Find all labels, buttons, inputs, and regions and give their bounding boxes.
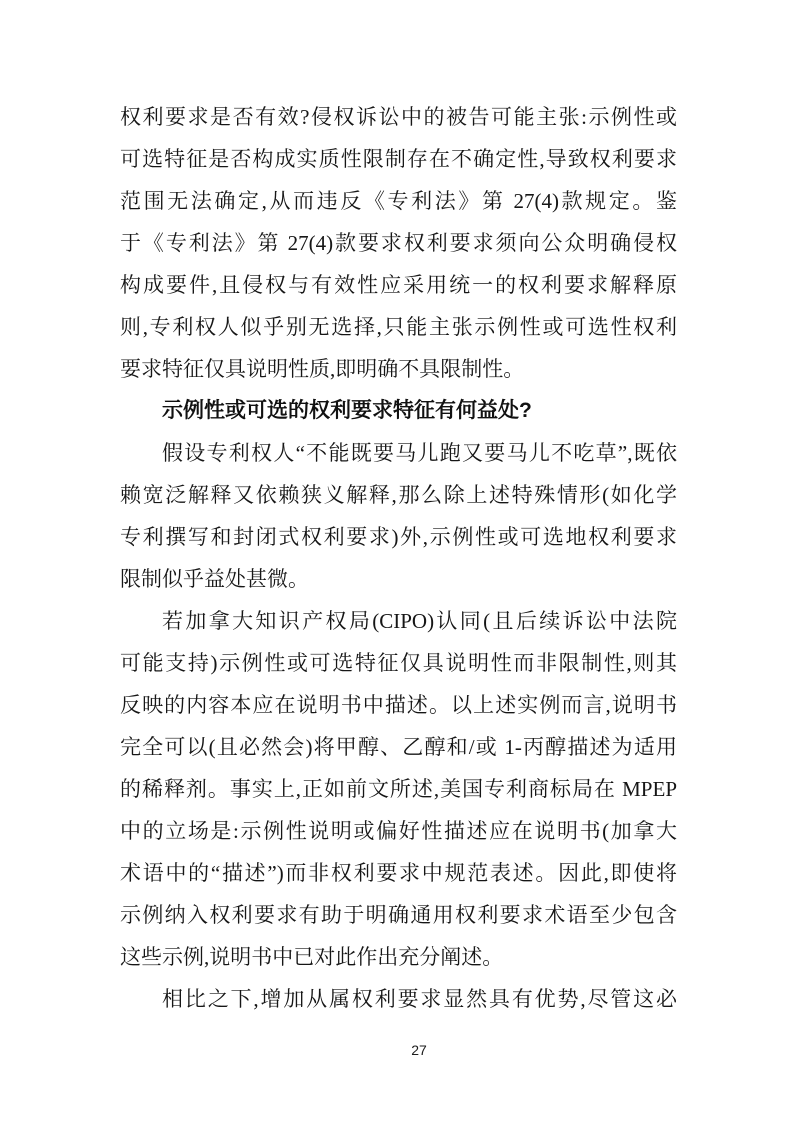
paragraph1-line: 于《专利法》第 27(4)款要求权利要求须向公众明确侵权 — [120, 222, 677, 264]
paragraph3-line: 可能支持)示例性或可选特征仅具说明性而非限制性,则其 — [120, 642, 677, 684]
paragraph1-line: 权利要求是否有效?侵权诉讼中的被告可能主张:示例性或 — [120, 96, 677, 138]
paragraph1-line: 可选特征是否构成实质性限制存在不确定性,导致权利要求 — [120, 138, 677, 180]
paragraph3-line: 中的立场是:示例性说明或偏好性描述应在说明书(加拿大 — [120, 810, 677, 852]
paragraph3-line: 的稀释剂。事实上,正如前文所述,美国专利商标局在 MPEP — [120, 768, 677, 810]
paragraph3-line: 术语中的“描述”)而非权利要求中规范表述。因此,即使将 — [120, 852, 677, 894]
paragraph2-line: 赖宽泛解释又依赖狭义解释,那么除上述特殊情形(如化学 — [120, 474, 677, 516]
paragraph3-line: 完全可以(且必然会)将甲醇、乙醇和/或 1-丙醇描述为适用 — [120, 726, 677, 768]
paragraph1-line: 范围无法确定,从而违反《专利法》第 27(4)款规定。鉴 — [120, 180, 677, 222]
paragraph2-line: 限制似乎益处甚微。 — [120, 558, 677, 600]
paragraph2-line: 假设专利权人“不能既要马儿跑又要马儿不吃草”,既依 — [120, 432, 677, 474]
page-body: 权利要求是否有效?侵权诉讼中的被告可能主张:示例性或 可选特征是否构成实质性限制… — [120, 96, 677, 1020]
paragraph2-line: 专利撰写和封闭式权利要求)外,示例性或可选地权利要求 — [120, 516, 677, 558]
page-number: 27 — [411, 1042, 427, 1058]
document-page: 权利要求是否有效?侵权诉讼中的被告可能主张:示例性或 可选特征是否构成实质性限制… — [0, 0, 793, 1122]
paragraph3-line: 反映的内容本应在说明书中描述。以上述实例而言,说明书 — [120, 684, 677, 726]
paragraph1-line: 构成要件,且侵权与有效性应采用统一的权利要求解释原 — [120, 264, 677, 306]
paragraph3-line: 若加拿大知识产权局(CIPO)认同(且后续诉讼中法院 — [120, 600, 677, 642]
paragraph4-line: 相比之下,增加从属权利要求显然具有优势,尽管这必 — [120, 978, 677, 1020]
section-heading: 示例性或可选的权利要求特征有何益处? — [120, 390, 677, 432]
paragraph3-line: 示例纳入权利要求有助于明确通用权利要求术语至少包含 — [120, 894, 677, 936]
paragraph3-line: 这些示例,说明书中已对此作出充分阐述。 — [120, 936, 677, 978]
paragraph1-line: 则,专利权人似乎别无选择,只能主张示例性或可选性权利 — [120, 306, 677, 348]
paragraph1-line: 要求特征仅具说明性质,即明确不具限制性。 — [120, 348, 677, 390]
